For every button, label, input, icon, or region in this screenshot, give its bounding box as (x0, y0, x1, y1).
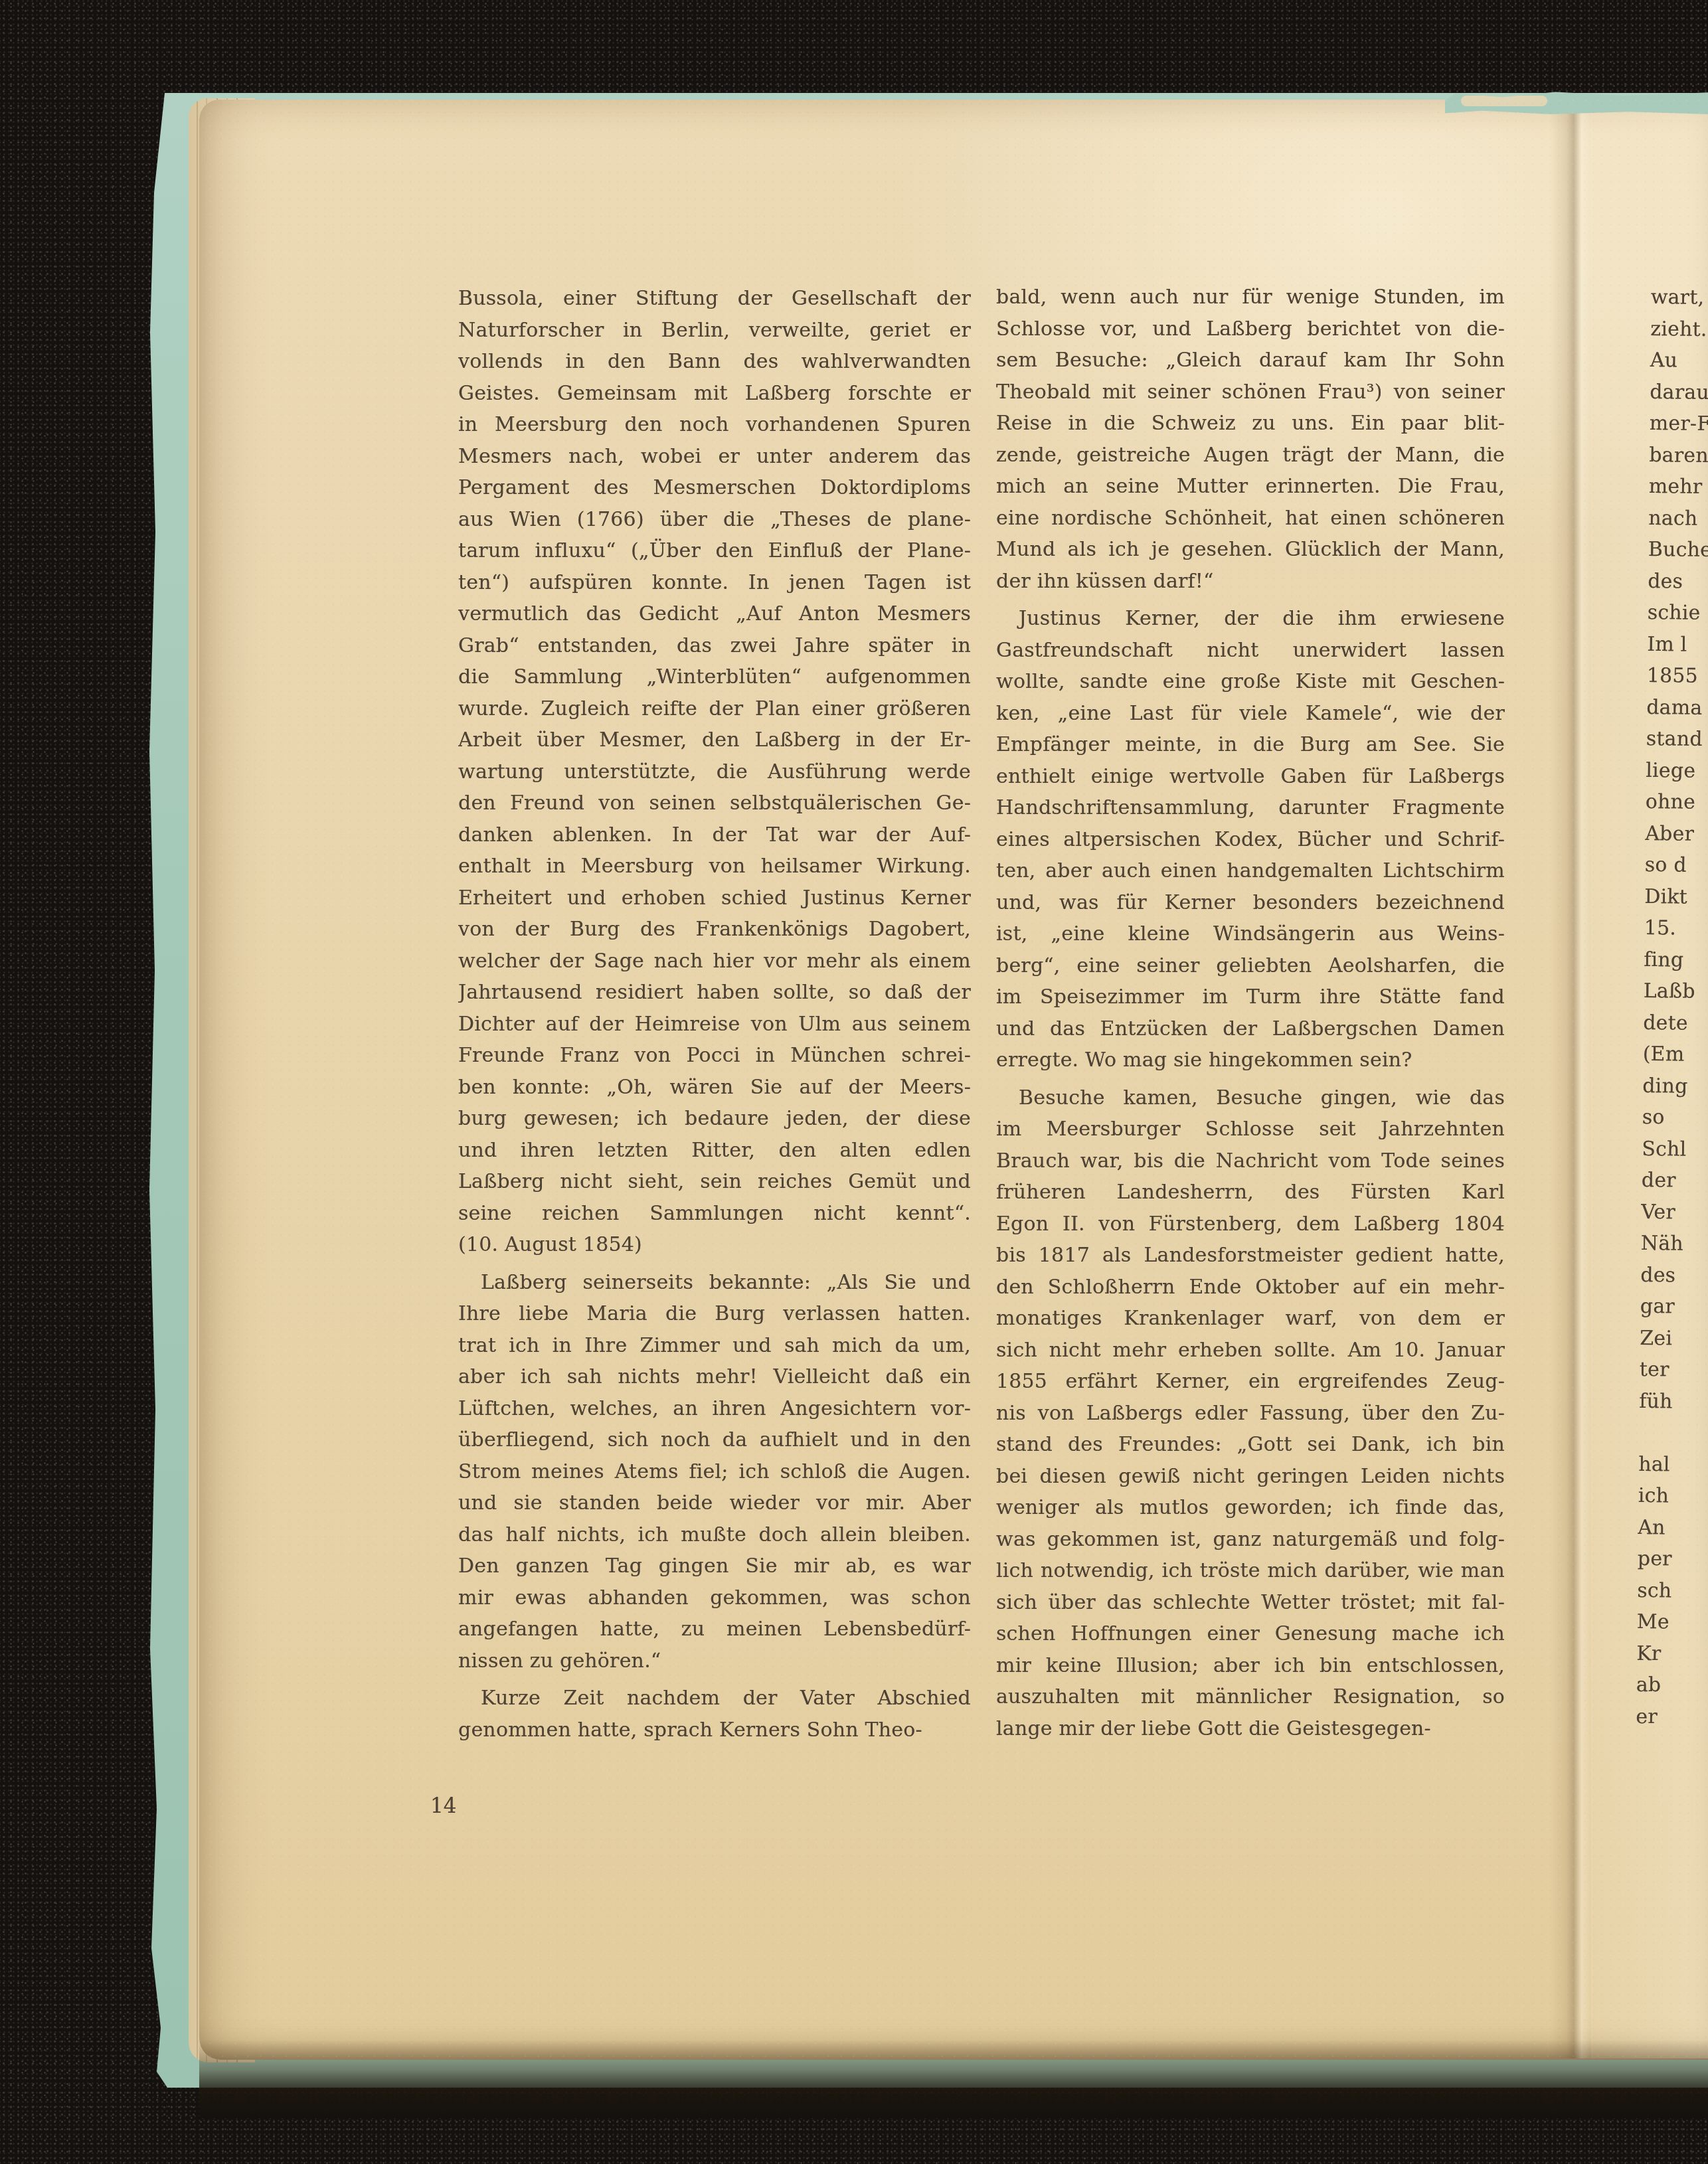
text-line: ben konnte: „Oh, wären Sie auf der Meers… (458, 1072, 971, 1104)
paragraph: Kurze Zeit nachdem der Vater Abschiedgen… (458, 1683, 971, 1746)
text-line: aber ich sah nichts mehr! Vielleicht daß… (458, 1361, 971, 1393)
text-line: angefangen hatte, zu meinen Lebensbedürf… (458, 1614, 971, 1645)
text-line: Bussola, einer Stiftung der Gesellschaft… (458, 283, 971, 315)
text-line-fragment: darau (1650, 376, 1708, 408)
text-line: zende, geistreiche Augen trägt der Mann,… (996, 440, 1505, 471)
text-line: Brauch war, bis die Nachricht vom Tode s… (996, 1145, 1505, 1177)
text-line: vermutlich das Gedicht „Auf Anton Mesmer… (458, 598, 971, 630)
text-line: Erheitert und erhoben schied Justinus Ke… (458, 882, 971, 914)
page-bottom-shadow (199, 2040, 1708, 2118)
text-line-fragment: ab (1636, 1669, 1708, 1702)
text-line-fragment: ich (1638, 1480, 1708, 1513)
text-line: stand des Freundes: „Gott sei Dank, ich … (996, 1429, 1505, 1461)
text-line: wollte, sandte eine große Kiste mit Gesc… (996, 666, 1505, 698)
text-line: lich notwendig, ich tröste mich darüber,… (996, 1555, 1505, 1587)
right-text-column: bald, wenn auch nur für wenige Stunden, … (996, 282, 1505, 1744)
text-line: sich über das schlechte Wetter tröstet; … (996, 1587, 1505, 1619)
text-line: tarum influxu“ („Über den Einfluß der Pl… (458, 535, 971, 567)
text-line: Lüftchen, welches, an ihren Angesichtern… (458, 1393, 971, 1425)
text-line: in Meersburg den noch vorhandenen Spuren (458, 409, 971, 441)
text-line: Laßberg seinerseits bekannte: „Als Sie u… (458, 1267, 971, 1299)
text-line-fragment: sch (1637, 1574, 1708, 1607)
text-line: burg gewesen; ich bedaure jeden, der die… (458, 1103, 971, 1135)
text-line-fragment: baren (1649, 439, 1708, 471)
text-line: den Freund von seinen selbstquälerischen… (458, 788, 971, 819)
text-line-fragment: 15. (1644, 912, 1708, 945)
cover-damage-patch (1461, 96, 1547, 106)
text-line-fragment: Ver (1641, 1196, 1708, 1228)
text-line: enthielt einige wertvolle Gaben für Laßb… (996, 761, 1505, 793)
text-line-fragment: des (1640, 1259, 1708, 1291)
text-line-fragment: Kr (1636, 1637, 1708, 1670)
text-line-fragment: Buche (1648, 534, 1708, 566)
text-line-fragment: er (1636, 1701, 1708, 1733)
paragraph: Besuche kamen, Besuche gingen, wie dasim… (996, 1082, 1505, 1745)
text-line: Theobald mit seiner schönen Frau³) von s… (996, 376, 1505, 408)
text-line: eine nordische Schönheit, hat einen schö… (996, 503, 1505, 535)
text-line: (10. August 1854) (458, 1229, 971, 1261)
text-line: Jahrtausend residiert haben sollte, so d… (458, 977, 971, 1009)
text-line: im Speisezimmer im Turm ihre Stätte fand (996, 981, 1505, 1013)
text-line: ten“) aufspüren konnte. In jenen Tagen i… (458, 567, 971, 599)
text-line: mich an seine Mutter erinnerten. Die Fra… (996, 471, 1505, 503)
text-line: welcher der Sage nach hier vor mehr als … (458, 946, 971, 977)
text-line: seine reichen Sammlungen nicht kennt“. (458, 1198, 971, 1230)
text-line: von der Burg des Frankenkönigs Dagobert, (458, 914, 971, 946)
text-line: eines altpersischen Kodex, Bücher und Sc… (996, 824, 1505, 856)
text-line: Besuche kamen, Besuche gingen, wie das (996, 1082, 1505, 1114)
paragraph: Laßberg seinerseits bekannte: „Als Sie u… (458, 1267, 971, 1677)
text-line-fragment: gar (1640, 1291, 1708, 1323)
text-line: und sie standen beide wieder vor mir. Ab… (458, 1487, 971, 1519)
text-line: sem Besuche: „Gleich darauf kam Ihr Sohn (996, 345, 1505, 376)
text-line: genommen hatte, sprach Kerners Sohn Theo… (458, 1714, 971, 1746)
text-line-fragment (1639, 1417, 1708, 1450)
text-line-fragment: mehr (1649, 471, 1708, 503)
paragraph: bald, wenn auch nur für wenige Stunden, … (996, 282, 1505, 597)
text-line: was gekommen ist, ganz naturgemäß und fo… (996, 1524, 1505, 1556)
text-line: nis von Laßbergs edler Fassung, über den… (996, 1398, 1505, 1430)
text-line: Den ganzen Tag gingen Sie mir ab, es war (458, 1550, 971, 1582)
text-line: Schlosse vor, und Laßberg berichtet von … (996, 313, 1505, 345)
text-line: Freunde Franz von Pocci in München schre… (458, 1040, 971, 1072)
text-line-fragment: des (1648, 565, 1708, 598)
text-line: und, was für Kerner besonders bezeichnen… (996, 887, 1505, 919)
text-line-fragment: Au (1650, 345, 1708, 377)
text-line-fragment: Schl (1642, 1133, 1708, 1165)
text-line: bald, wenn auch nur für wenige Stunden, … (996, 282, 1505, 313)
text-line-fragment: der (1642, 1165, 1708, 1197)
text-line: und das Entzücken der Laßbergschen Damen (996, 1013, 1505, 1045)
text-line-fragment: hal (1638, 1448, 1708, 1481)
text-line-fragment: so (1642, 1102, 1708, 1134)
text-line: die Sammlung „Winterblüten“ aufgenommen (458, 661, 971, 693)
text-line-fragment: schie (1648, 597, 1708, 629)
text-line-fragment: Zei (1640, 1322, 1708, 1355)
text-line-fragment: so d (1645, 849, 1708, 882)
text-line: trat ich in Ihre Zimmer und sah mich da … (458, 1330, 971, 1362)
text-line: Laßberg nicht sieht, sein reiches Gemüt … (458, 1166, 971, 1198)
text-line-fragment: Dikt (1644, 880, 1708, 913)
text-line-fragment: dete (1643, 1007, 1708, 1039)
paragraph: Justinus Kerner, der die ihm erwieseneGa… (996, 603, 1505, 1076)
text-line: Mund als ich je gesehen. Glücklich der M… (996, 534, 1505, 566)
text-line: Gastfreundschaft nicht unerwidert lassen (996, 635, 1505, 667)
text-line: erregte. Wo mag sie hingekommen sein? (996, 1044, 1505, 1076)
text-line: bis 1817 als Landesforstmeister gedient … (996, 1240, 1505, 1272)
text-line-fragment: zieht. (1650, 313, 1708, 345)
text-line: überfliegend, sich noch da aufhielt und … (458, 1424, 971, 1456)
text-line-fragment: Näh (1641, 1228, 1708, 1260)
text-line-fragment: fing (1644, 944, 1708, 976)
text-line: monatiges Krankenlager warf, von dem er (996, 1303, 1505, 1335)
text-line: Geistes. Gemeinsam mit Laßberg forschte … (458, 378, 971, 410)
text-line-fragment: ohne (1646, 786, 1708, 819)
text-line-fragment: 1855 (1647, 660, 1708, 693)
text-line: auszuhalten mit männlicher Resignation, … (996, 1681, 1505, 1713)
text-line: Reise in die Schweiz zu uns. Ein paar bl… (996, 408, 1505, 440)
text-line: im Meersburger Schlosse seit Jahrzehnten (996, 1114, 1505, 1145)
text-line: Handschriftensammlung, darunter Fragment… (996, 792, 1505, 824)
text-line: der ihn küssen darf!“ (996, 566, 1505, 598)
text-line-fragment: ding (1642, 1070, 1708, 1102)
text-line-fragment: ter (1640, 1354, 1708, 1386)
text-line: aus Wien (1766) über die „Theses de plan… (458, 504, 971, 536)
text-line-fragment: füh (1639, 1385, 1708, 1418)
text-line: Grab“ entstanden, das zwei Jahre später … (458, 630, 971, 662)
paragraph: Bussola, einer Stiftung der Gesellschaft… (458, 283, 971, 1261)
text-line: ist, „eine kleine Windsängerin aus Weins… (996, 918, 1505, 950)
text-line: den Schloßherrn Ende Oktober auf ein meh… (996, 1272, 1505, 1303)
text-line-fragment: An (1638, 1511, 1708, 1544)
left-text-column: Bussola, einer Stiftung der Gesellschaft… (458, 283, 971, 1746)
text-line: ten, aber auch einen handgemalten Lichts… (996, 855, 1505, 887)
text-line: nissen zu gehören.“ (458, 1645, 971, 1677)
text-line: bei diesen gewiß nicht geringen Leiden n… (996, 1461, 1505, 1493)
text-line: enthalt in Meersburg von heilsamer Wirku… (458, 851, 971, 882)
text-line: das half nichts, ich mußte doch allein b… (458, 1519, 971, 1551)
text-line-fragment: wart, (1651, 282, 1708, 314)
text-line: weniger als mutlos geworden; ich finde d… (996, 1492, 1505, 1524)
text-line-fragment: dama (1646, 691, 1708, 724)
text-line: 1855 erfährt Kerner, ein ergreifendes Ze… (996, 1366, 1505, 1398)
text-line: mir keine Illusion; aber ich bin entschl… (996, 1650, 1505, 1682)
text-line: Mesmers nach, wobei er unter anderem das (458, 441, 971, 473)
text-line: mir ewas abhanden gekommen, was schon (458, 1582, 971, 1614)
text-line: vollends in den Bann des wahlverwandten (458, 346, 971, 378)
text-line: Kurze Zeit nachdem der Vater Abschied (458, 1683, 971, 1714)
text-line: berg“, eine seiner geliebten Aeolsharfen… (996, 950, 1505, 982)
text-line: Ihre liebe Maria die Burg verlassen hatt… (458, 1298, 971, 1330)
text-line-fragment: Aber (1645, 817, 1708, 850)
text-line-fragment: Im l (1647, 628, 1708, 661)
text-line: Naturforscher in Berlin, verweilte, geri… (458, 315, 971, 347)
text-line-fragment: (Em (1643, 1039, 1708, 1071)
text-line: Empfänger meinte, in die Burg am See. Si… (996, 729, 1505, 761)
text-line-fragment: per (1638, 1543, 1708, 1576)
text-line: Egon II. von Fürstenberg, dem Laßberg 18… (996, 1208, 1505, 1240)
text-line: Strom meines Atems fiel; ich schloß die … (458, 1456, 971, 1488)
text-line-fragment: stand (1646, 723, 1708, 756)
page-number: 14 (430, 1794, 456, 1818)
scanned-book-photo: Bussola, einer Stiftung der Gesellschaft… (0, 0, 1708, 2164)
text-line: Pergament des Mesmerschen Doktordiploms (458, 472, 971, 504)
text-line: sich nicht mehr erheben sollte. Am 10. J… (996, 1335, 1505, 1367)
text-line: und ihren letzten Ritter, den alten edle… (458, 1135, 971, 1167)
text-line: Justinus Kerner, der die ihm erwiesene (996, 603, 1505, 635)
text-line-fragment: liege (1646, 754, 1708, 787)
text-line: ken, „eine Last für viele Kamele“, wie d… (996, 698, 1505, 730)
text-line: lange mir der liebe Gott die Geistesgege… (996, 1713, 1505, 1745)
text-line: schen Hoffnungen einer Genesung mache ic… (996, 1618, 1505, 1650)
text-line: wurde. Zugleich reifte der Plan einer gr… (458, 693, 971, 725)
text-line: wartung unterstützte, die Ausführung wer… (458, 756, 971, 788)
text-line-fragment: Me (1637, 1606, 1708, 1639)
text-line-fragment: nach (1648, 502, 1708, 535)
page-gutter-fold (1550, 101, 1594, 2058)
text-line: danken ablenken. In der Tat war der Auf- (458, 819, 971, 851)
text-line: Arbeit über Mesmer, den Laßberg in der E… (458, 724, 971, 756)
text-line: Dichter auf der Heimreise von Ulm aus se… (458, 1009, 971, 1040)
text-line-fragment: mer-F (1650, 408, 1708, 440)
text-line-fragment: Laßb (1644, 975, 1708, 1008)
text-line: früheren Landesherrn, des Fürsten Karl (996, 1177, 1505, 1208)
